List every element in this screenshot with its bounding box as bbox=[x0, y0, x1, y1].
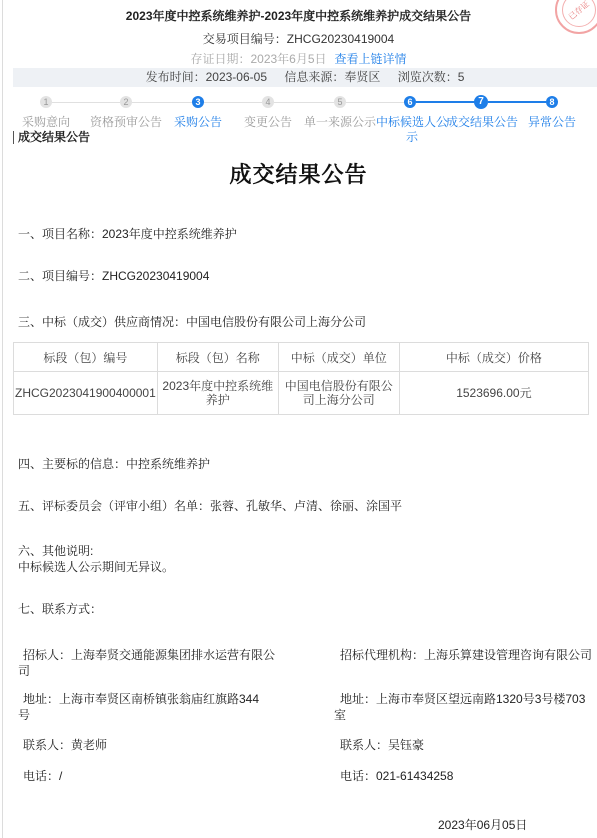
agent-contact: 联系人：吴钰豪 bbox=[340, 737, 424, 753]
col-winner: 中标（成交）单位 bbox=[278, 343, 399, 372]
col-lot-code: 标段（包）编号 bbox=[14, 343, 158, 372]
committee-list: 五、评标委员会（评审小组）名单：张蓉、孔敏华、卢清、徐丽、涂国平 bbox=[18, 498, 402, 514]
tenderer-org: 招标人：上海奉贤交通能源集团排水运营有限公司 bbox=[18, 647, 276, 679]
project-code: 二、项目编号：ZHCG20230419004 bbox=[18, 268, 209, 284]
cell-lot-code: ZHCG2023041900400001 bbox=[14, 372, 158, 415]
table-row: ZHCG2023041900400001 2023年度中控系统维养护 中国电信股… bbox=[14, 372, 589, 415]
step-7-dot[interactable]: 7 bbox=[474, 95, 488, 109]
step-4-dot[interactable]: 4 bbox=[262, 96, 274, 108]
step-connector bbox=[132, 102, 192, 103]
step-connector bbox=[416, 101, 476, 103]
step-2-label[interactable]: 资格预审公告 bbox=[88, 115, 164, 130]
tenderer-phone: 电话：/ bbox=[23, 768, 62, 784]
cert-date: 存证日期：2023年6月5日 bbox=[190, 52, 326, 66]
step-3-label[interactable]: 采购公告 bbox=[168, 115, 228, 130]
step-1-dot[interactable]: 1 bbox=[40, 96, 52, 108]
main-subject: 四、主要标的信息：中控系统维养护 bbox=[18, 456, 210, 472]
step-5-label[interactable]: 单一来源公示 bbox=[302, 115, 378, 130]
step-5-dot[interactable]: 5 bbox=[334, 96, 346, 108]
step-3-dot[interactable]: 3 bbox=[192, 96, 204, 108]
certified-stamp-icon: 已存证 bbox=[555, 0, 597, 34]
step-6-label[interactable]: 中标候选人公示 bbox=[376, 115, 448, 145]
contact-title: 七、联系方式： bbox=[18, 601, 102, 617]
cell-price: 1523696.00元 bbox=[399, 372, 588, 415]
tenderer-contact: 联系人：黄老师 bbox=[23, 737, 107, 753]
cell-lot-name: 2023年度中控系统维养护 bbox=[157, 372, 278, 415]
announcement-date: 2023年06月05日 bbox=[438, 816, 527, 833]
step-6-dot[interactable]: 6 bbox=[404, 96, 416, 108]
step-8-label[interactable]: 异常公告 bbox=[524, 115, 580, 130]
step-connector bbox=[346, 102, 406, 103]
view-count: 浏览次数：5 bbox=[398, 70, 465, 84]
col-lot-name: 标段（包）名称 bbox=[157, 343, 278, 372]
step-connector bbox=[204, 102, 264, 103]
step-connector bbox=[274, 102, 334, 103]
document-title: 成交结果公告 bbox=[0, 158, 597, 189]
supplier-info: 三、中标（成交）供应商情况：中国电信股份有限公司上海分公司 bbox=[18, 314, 366, 330]
other-notes-body: 中标候选人公示期间无异议。 bbox=[18, 559, 174, 575]
step-2-dot[interactable]: 2 bbox=[120, 96, 132, 108]
project-name: 一、项目名称：2023年度中控系统维养护 bbox=[18, 226, 237, 242]
tenderer-address: 地址：上海市奉贤区南桥镇张翁庙红旗路344号 bbox=[18, 691, 266, 723]
bid-result-table: 标段（包）编号 标段（包）名称 中标（成交）单位 中标（成交）价格 ZHCG20… bbox=[13, 342, 589, 415]
agent-phone: 电话：021-61434258 bbox=[340, 768, 453, 784]
step-7-label[interactable]: 成交结果公告 bbox=[444, 115, 520, 130]
cert-detail-link[interactable]: 查看上链详情 bbox=[335, 52, 407, 66]
step-8-dot[interactable]: 8 bbox=[546, 96, 558, 108]
col-price: 中标（成交）价格 bbox=[399, 343, 588, 372]
step-connector bbox=[52, 102, 120, 103]
meta-bar: 发布时间：2023-06-05 信息来源：奉贤区 浏览次数：5 bbox=[13, 68, 597, 87]
step-4-label[interactable]: 变更公告 bbox=[238, 115, 298, 130]
trade-code: 交易项目编号：ZHCG20230419004 bbox=[0, 30, 597, 47]
page-title: 2023年度中控系统维养护-2023年度中控系统维养护成交结果公告 bbox=[0, 7, 597, 24]
step-connector bbox=[488, 101, 546, 103]
agent-address: 地址：上海市奉贤区望远南路1320号3号楼703室 bbox=[334, 691, 592, 723]
agent-org: 招标代理机构：上海乐算建设管理咨询有限公司 bbox=[334, 647, 592, 663]
info-source: 信息来源：奉贤区 bbox=[284, 70, 380, 84]
section-tag: 成交结果公告 bbox=[13, 131, 90, 144]
cert-row: 存证日期：2023年6月5日查看上链详情 bbox=[0, 50, 597, 67]
other-notes-title: 六、其他说明: bbox=[18, 543, 93, 559]
step-1-label[interactable]: 采购意向 bbox=[16, 115, 76, 130]
publish-time: 发布时间：2023-06-05 bbox=[146, 70, 267, 84]
table-header-row: 标段（包）编号 标段（包）名称 中标（成交）单位 中标（成交）价格 bbox=[14, 343, 589, 372]
cell-winner: 中国电信股份有限公司上海分公司 bbox=[278, 372, 399, 415]
